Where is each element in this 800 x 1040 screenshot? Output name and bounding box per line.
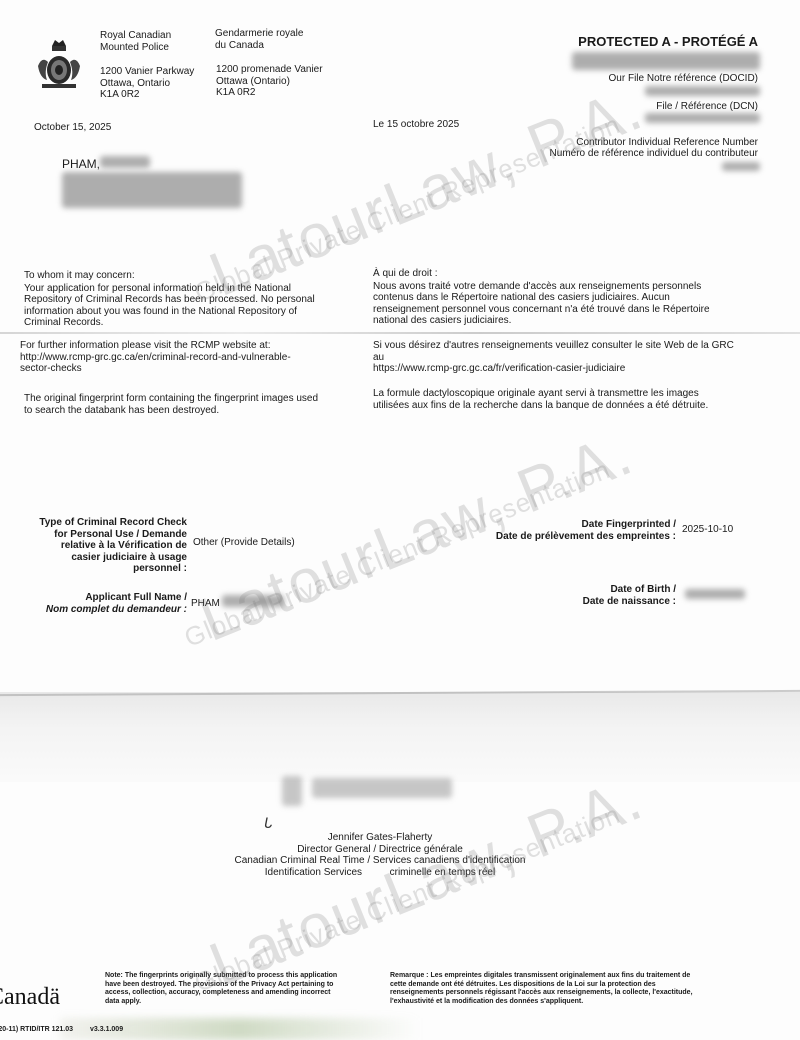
text-line: cette demande ont été détruites. Les dis… — [390, 981, 730, 990]
recipient-name: PHAM, — [62, 157, 100, 171]
form-version: v3.3.1.009 — [90, 1026, 123, 1035]
unit-en: Identification Services — [265, 867, 362, 878]
org-name-line: Gendarmerie royale — [215, 28, 303, 40]
date-fr: Le 15 octobre 2025 — [373, 119, 459, 131]
signatory-unit-line2: Identification Services criminelle en te… — [200, 867, 560, 879]
text-line: renseignement personnel vous concernant … — [373, 304, 773, 316]
signatory-unit: Canadian Criminal Real Time / Services c… — [200, 855, 560, 867]
signatory-title: Director General / Directrice générale — [200, 844, 560, 856]
redacted-docid — [572, 52, 760, 70]
address-line: 1200 promenade Vanier — [216, 64, 323, 76]
label-line: Date of Birth / — [500, 584, 676, 596]
fingerprint-note-en: The original fingerprint form containing… — [24, 393, 369, 416]
text-line: The original fingerprint form containing… — [24, 393, 369, 405]
address-line: 1200 Vanier Parkway — [100, 66, 194, 78]
text-line: national des casiers judiciaires. — [373, 315, 773, 327]
text-line: Criminal Records. — [24, 317, 364, 329]
address-line: Ottawa (Ontario) — [216, 76, 323, 88]
check-type-value: Other (Provide Details) — [193, 537, 295, 549]
org-name-line: Mounted Police — [100, 42, 171, 54]
text-line: For further information please visit the… — [20, 340, 365, 352]
label-line: casier judiciaire à usage — [20, 552, 187, 564]
file-label: File / Référence (DCN) — [656, 101, 758, 113]
date-of-birth-label: Date of Birth / Date de naissance : — [500, 584, 676, 607]
rcmp-link-en[interactable]: http://www.rcmp-grc.gc.ca/en/criminal-re… — [20, 352, 365, 364]
paragraph-en: Your application for personal informatio… — [24, 283, 364, 329]
rcmp-crest-icon — [34, 36, 84, 92]
label-line: Date de naissance : — [500, 596, 676, 608]
redacted-address — [62, 172, 242, 208]
fingerprint-note-fr: La formule dactyloscopique originale aya… — [373, 388, 793, 411]
org-name-en: Royal Canadian Mounted Police — [100, 30, 171, 53]
watermark-text: LatourLaw, P.A. — [200, 763, 653, 1001]
address-line: K1A 0R2 — [216, 87, 323, 99]
body-en: To whom it may concern: Your application… — [24, 270, 364, 329]
text-line: Nous avons traité votre demande d'accès … — [373, 281, 773, 293]
signature-mark-icon: ᒐ — [264, 815, 273, 832]
redacted-dcn-value — [645, 113, 760, 123]
check-type-label: Type of Criminal Record Check for Person… — [20, 517, 187, 575]
page-fold-shadow — [0, 692, 800, 782]
redacted-docid-value — [645, 86, 760, 96]
paragraph-fr: Nous avons traité votre demande d'accès … — [373, 281, 773, 327]
org-name-line: Royal Canadian — [100, 30, 171, 42]
date-fingerprinted-value: 2025-10-10 — [682, 524, 733, 536]
canada-wordmark: Canadä — [0, 984, 60, 1011]
redacted-date-of-birth — [685, 589, 745, 599]
applicant-label: Applicant Full Name / Nom complet du dem… — [20, 592, 187, 615]
rcmp-link-en-cont[interactable]: sector-checks — [20, 363, 365, 375]
redacted-given-name — [100, 156, 150, 168]
salutation-fr: À qui de droit : — [373, 268, 773, 280]
label-line: relative à la Vérification de — [20, 540, 187, 552]
unit-fr: criminelle en temps réel — [390, 867, 496, 878]
footer-note-fr: Remarque : Les empreintes digitales tran… — [390, 972, 730, 1006]
applicant-value: PHAM — [191, 598, 220, 610]
signatory-block: Jennifer Gates-Flaherty Director General… — [200, 832, 560, 878]
salutation-en: To whom it may concern: — [24, 270, 364, 282]
label-line: Date de prélèvement des empreintes : — [470, 531, 676, 543]
label-line: personnel : — [20, 563, 187, 575]
address-line: K1A 0R2 — [100, 89, 194, 101]
watermark-subtext: Global Private Client Representation — [190, 799, 625, 999]
classification-label: PROTECTED A - PROTÉGÉ A — [578, 34, 758, 49]
text-line: au — [373, 352, 793, 364]
contributor-label-fr: Numéro de référence individuel du contri… — [550, 148, 758, 160]
label-line: Type of Criminal Record Check — [20, 517, 187, 529]
address-fr: 1200 promenade Vanier Ottawa (Ontario) K… — [216, 64, 323, 99]
signatory-name: Jennifer Gates-Flaherty — [200, 832, 560, 844]
footer-note-en: Note: The fingerprints originally submit… — [105, 972, 365, 1006]
rcmp-link-fr[interactable]: https://www.rcmp-grc.gc.ca/fr/verificati… — [373, 363, 793, 375]
label-line: Nom complet du demandeur : — [20, 604, 187, 616]
text-line: data apply. — [105, 998, 365, 1007]
body-fr: À qui de droit : Nous avons traité votre… — [373, 268, 773, 327]
text-line: access, collection, accuracy, completene… — [105, 989, 365, 998]
text-line: Remarque : Les empreintes digitales tran… — [390, 972, 730, 981]
further-info-fr: Si vous désirez d'autres renseignements … — [373, 340, 793, 375]
text-line: La formule dactyloscopique originale aya… — [373, 388, 793, 400]
contributor-label-en: Contributor Individual Reference Number — [576, 137, 758, 149]
text-line: Repository of Criminal Records has been … — [24, 294, 364, 306]
redacted-signature — [282, 776, 302, 806]
redacted-signature — [312, 778, 452, 798]
text-line: have been destroyed. The provisions of t… — [105, 981, 365, 990]
text-line: Your application for personal informatio… — [24, 283, 364, 295]
label-line: Applicant Full Name / — [20, 592, 187, 604]
text-line: information about you was found in the N… — [24, 306, 364, 318]
text-line: utilisées aux fins de la recherche dans … — [373, 400, 793, 412]
text-line: Note: The fingerprints originally submit… — [105, 972, 365, 981]
address-line: Ottawa, Ontario — [100, 78, 194, 90]
org-name-fr: Gendarmerie royale du Canada — [215, 28, 303, 51]
redacted-contributor-value — [722, 162, 760, 171]
our-file-label: Our File Notre référence (DOCID) — [609, 73, 758, 85]
further-info-en: For further information please visit the… — [20, 340, 365, 375]
text-line: Si vous désirez d'autres renseignements … — [373, 340, 793, 352]
label-line: for Personal Use / Demande — [20, 529, 187, 541]
label-line: Date Fingerprinted / — [470, 519, 676, 531]
org-name-line: du Canada — [215, 40, 303, 52]
text-line: contenus dans le Répertoire national des… — [373, 292, 773, 304]
watermark-subtext: Global Private Client Representation — [180, 454, 615, 654]
form-code: (20-11) RTID/ITR 121.03 — [0, 1026, 73, 1035]
text-line: renseignements personnels régissant l'ac… — [390, 989, 730, 998]
address-en: 1200 Vanier Parkway Ottawa, Ontario K1A … — [100, 66, 194, 101]
date-en: October 15, 2025 — [34, 122, 111, 134]
text-line: to search the databank has been destroye… — [24, 405, 369, 417]
redacted-applicant-name — [222, 595, 284, 607]
page-fold-line — [0, 332, 800, 334]
text-line: l'exhaustivité et la modification des do… — [390, 998, 730, 1007]
date-fingerprinted-label: Date Fingerprinted / Date de prélèvement… — [470, 519, 676, 542]
